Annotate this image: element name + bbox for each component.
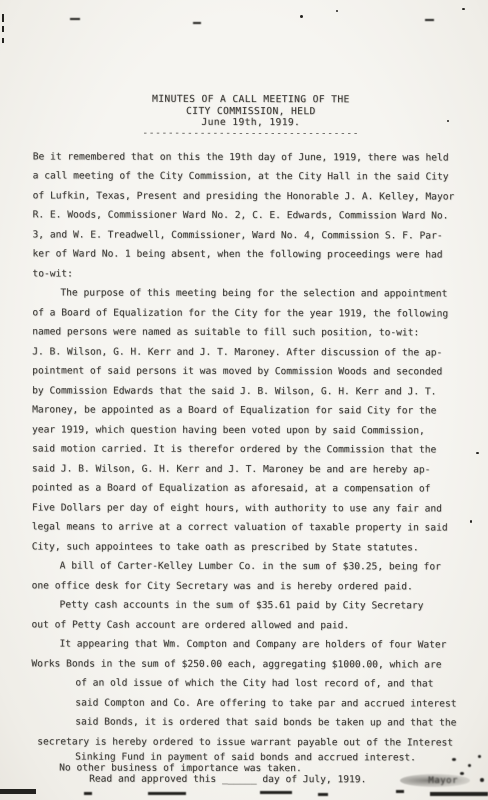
scan-artifact: [336, 10, 338, 12]
scan-artifact: [430, 792, 488, 796]
text-line: City, such appointees to take oath as pr…: [32, 537, 468, 558]
text-line: It appearing that Wm. Compton and Compan…: [31, 634, 467, 655]
scan-artifact: [318, 793, 328, 796]
text-line: pointed as a Board of Equalization as af…: [32, 478, 468, 499]
scan-artifact: [476, 452, 479, 454]
scan-artifact: [478, 755, 481, 758]
scan-artifact: [193, 22, 201, 24]
scan-artifact: [452, 758, 456, 761]
scan-artifact: [0, 789, 36, 794]
scan-artifact: [460, 772, 464, 775]
scan-artifact: [462, 8, 465, 10]
text-line: Petty cash accounts in the sum of $35.61…: [32, 595, 468, 616]
mayor-signature-label: Mayor: [428, 776, 458, 786]
text-line: Works Bonds in the sum of $250.00 each, …: [31, 654, 467, 675]
text-line: pointment of said persons it was moved b…: [32, 361, 468, 382]
text-line: 3, and W. E. Treadwell, Commissioner, Wa…: [33, 225, 469, 246]
text-line: legal means to arrive at a correct valua…: [32, 517, 468, 538]
text-line: of an old issue of which the City had lo…: [31, 673, 467, 694]
scan-artifact: [425, 19, 434, 21]
scan-artifact: [396, 790, 404, 793]
text-line: of a Board of Equalization for the City …: [32, 303, 468, 324]
text-line: year 1919, which question having been vo…: [32, 420, 468, 441]
text-line: R. E. Woods, Commissioner Ward No. 2, C.…: [33, 205, 469, 226]
scan-artifact: [468, 764, 471, 767]
text-line: secretary is hereby ordered to issue war…: [31, 732, 467, 753]
text-line: said Bonds, it is ordered that said bond…: [31, 712, 467, 733]
text-line: of Lufkin, Texas, Present and presiding …: [33, 186, 469, 207]
text-line: J. B. Wilson, G. H. Kerr and J. T. Maron…: [32, 342, 468, 363]
text-line: to-wit:: [32, 264, 468, 285]
text-line: said Compton and Co. Are offering to tak…: [31, 693, 467, 714]
text-line: Maroney, be appointed as a Board of Equa…: [32, 400, 468, 421]
text-line: said motion carried. It is therefor orde…: [32, 439, 468, 460]
scan-artifact: [300, 15, 303, 18]
text-line: by Commission Edwards that the said J. B…: [32, 381, 468, 402]
title-underline-rule: ----------------------------------: [33, 128, 469, 139]
document-text-block: MINUTES OF A CALL MEETING OF THE CITY CO…: [31, 93, 469, 785]
scan-artifact: [447, 120, 449, 122]
text-line: a call meeting of the City Commission, a…: [33, 166, 469, 187]
text-line: said J. B. Wilson, G. H. Kerr and J. T. …: [32, 459, 468, 480]
scan-artifact: [480, 778, 484, 782]
text-line: Be it remembered that on this the 19th d…: [33, 147, 469, 168]
scan-artifact: [2, 14, 4, 22]
text-line: Five Dollars per day of eight hours, wit…: [32, 498, 468, 519]
text-line: A bill of Carter-Kelley Lumber Co. in th…: [32, 556, 468, 577]
scan-artifact: [148, 792, 186, 795]
text-line: one office desk for City Secretary was a…: [32, 576, 468, 597]
scanned-document-page: MINUTES OF A CALL MEETING OF THE CITY CO…: [0, 0, 488, 800]
scan-artifact: [84, 792, 92, 795]
text-line: ker of Ward No. 1 being absent, when the…: [32, 244, 468, 265]
text-line: named persons were named as suitable to …: [32, 322, 468, 343]
scan-artifact: [260, 791, 292, 794]
scan-artifact: [2, 38, 4, 43]
text-line: The purpose of this meeting being for th…: [32, 283, 468, 304]
scan-artifact: [470, 520, 472, 523]
scan-artifact: [70, 18, 80, 20]
text-line: out of Petty Cash account are ordered al…: [31, 615, 467, 636]
scan-artifact: [2, 26, 4, 32]
document-body: Be it remembered that on this the 19th d…: [31, 147, 469, 786]
